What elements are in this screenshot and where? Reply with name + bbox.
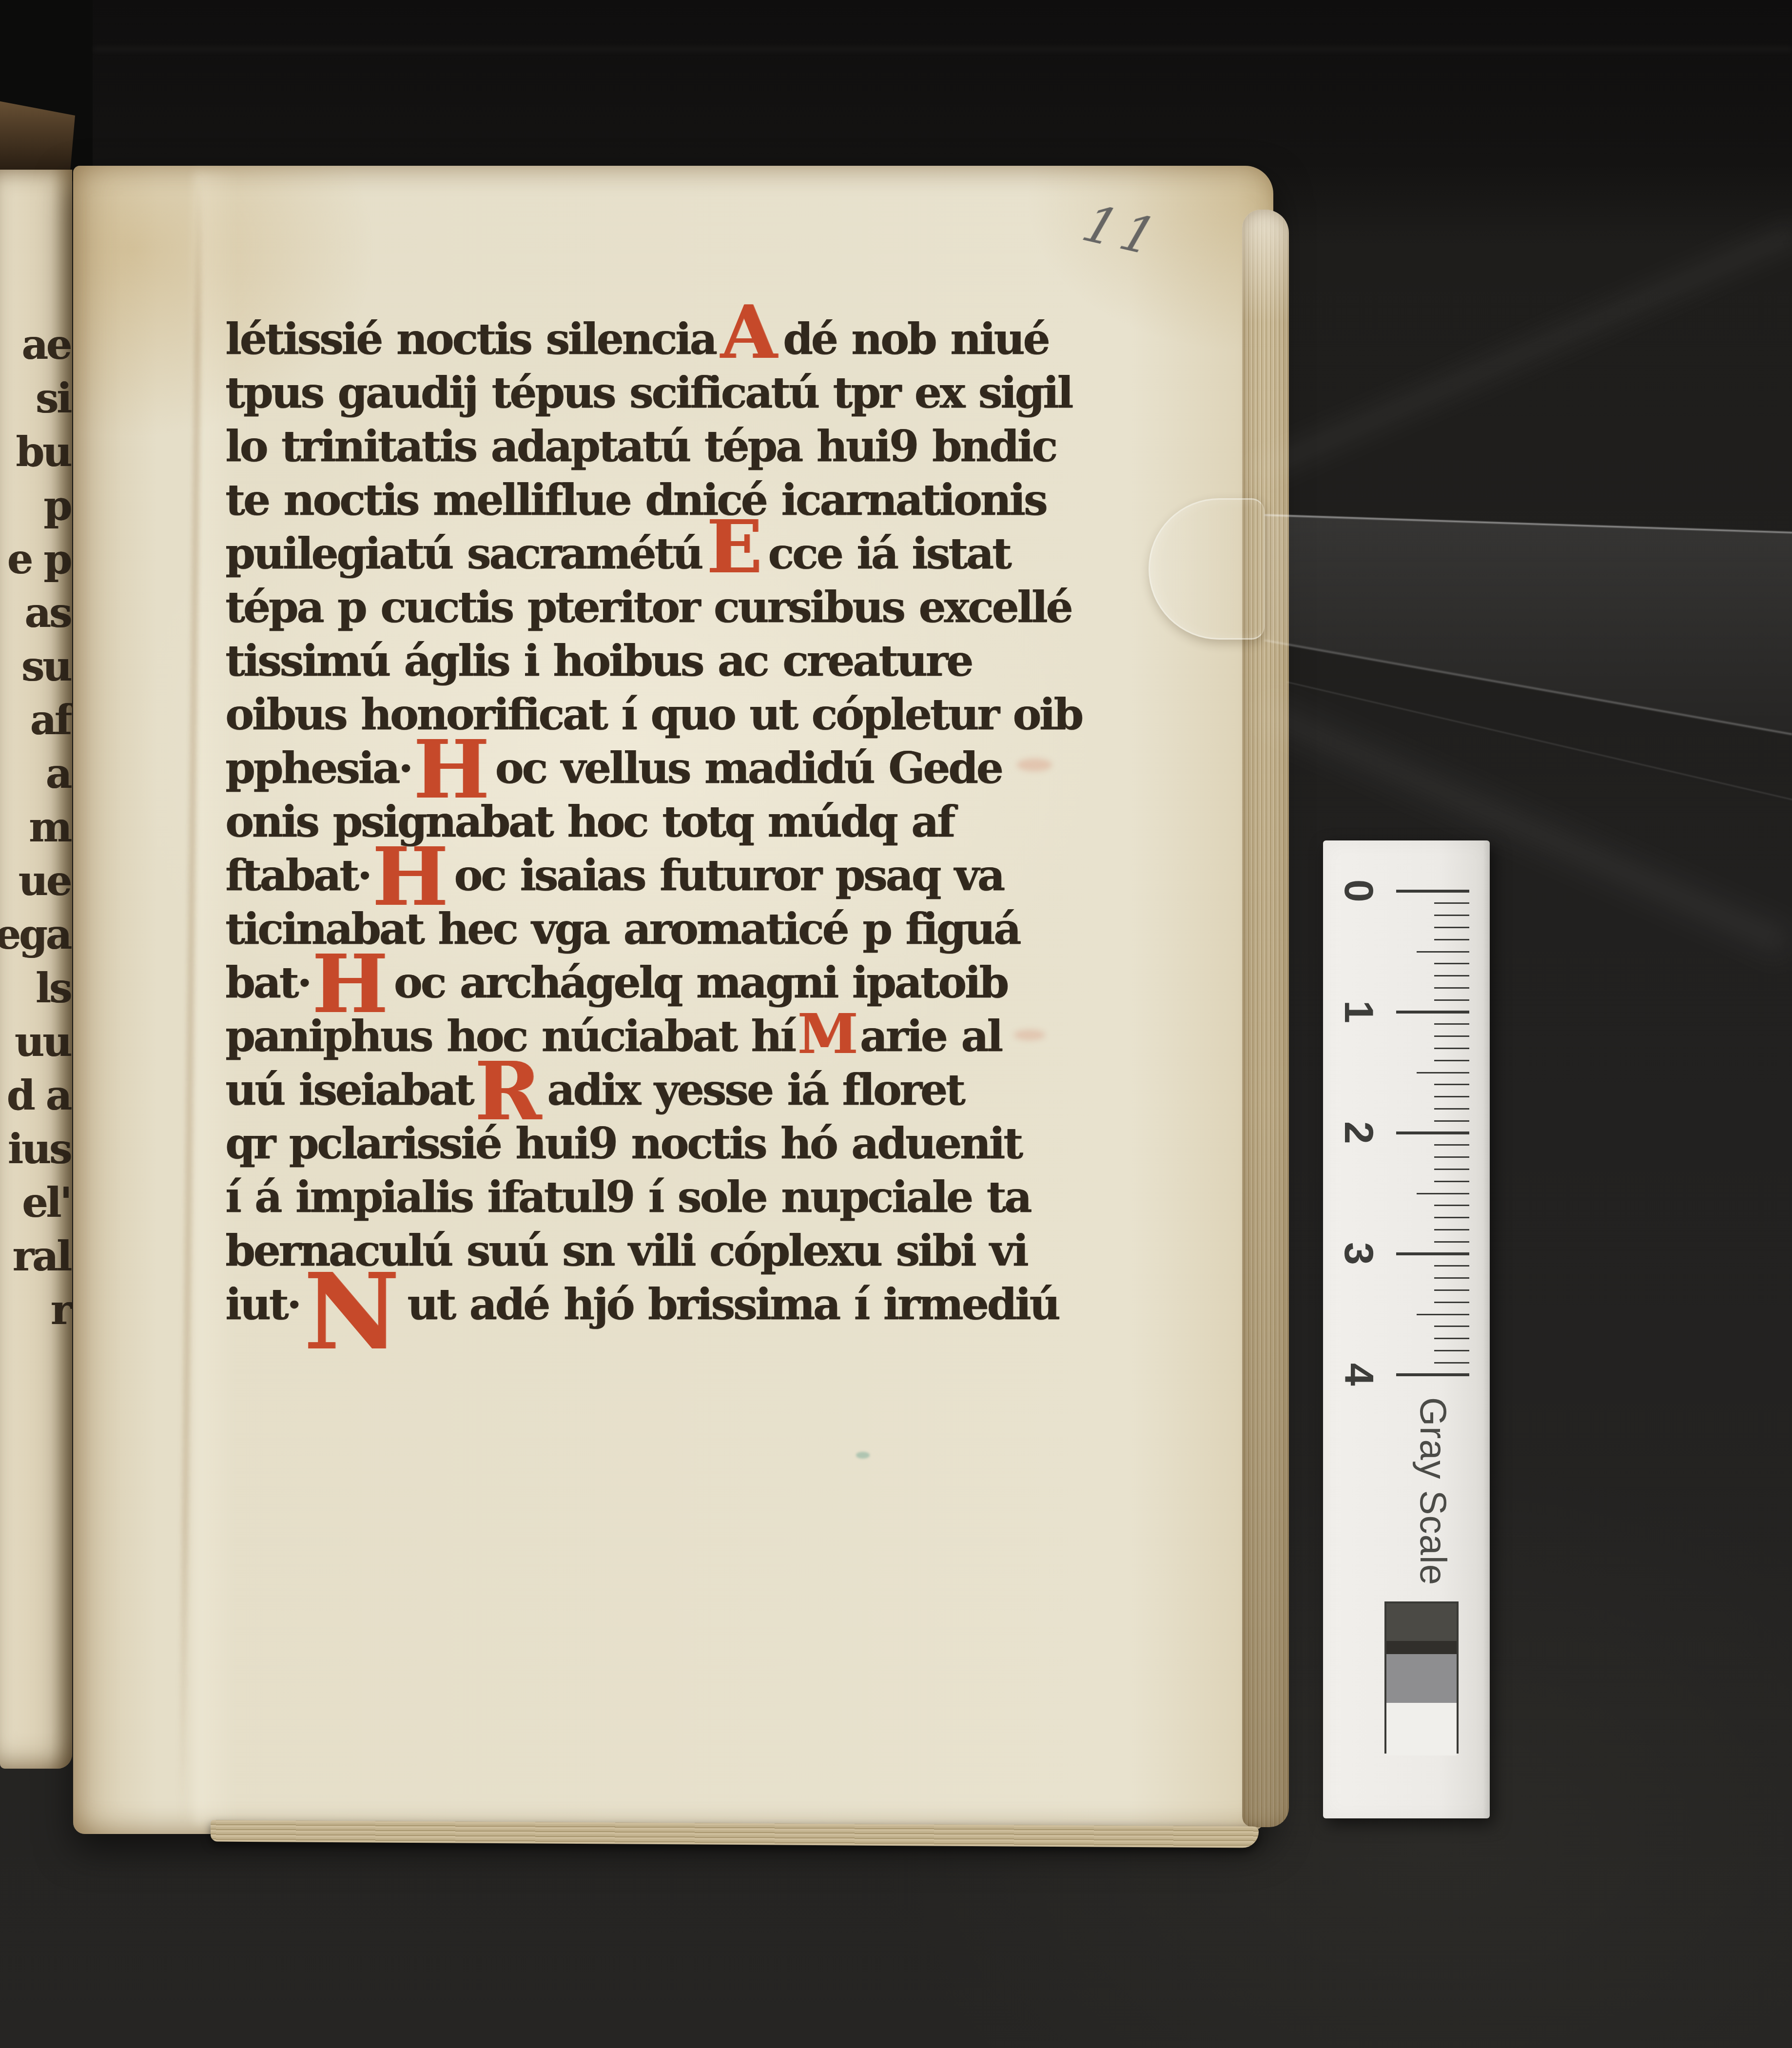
ruler-tick-mm [1434, 1144, 1469, 1146]
facing-fragment: ega [0, 908, 70, 961]
ruler-number-1: 1 [1336, 1000, 1383, 1023]
gray-scale-patches [1384, 1601, 1459, 1754]
line-text: oc isaias futuror psaq va [454, 850, 1003, 900]
manuscript-line-3: lo trinitatis adaptatú tépa hui9 bndic [225, 419, 1056, 473]
ruler-tick-mm [1434, 1229, 1469, 1230]
line-text: oc vellus madidú Gede [495, 742, 1002, 793]
ruler-tick-cm-4 [1396, 1373, 1469, 1376]
facing-fragment: el' [22, 1176, 70, 1229]
ruler-tick-mm [1434, 1108, 1469, 1110]
ruler-number-2: 2 [1336, 1121, 1383, 1144]
ruler-tick-mm [1434, 1023, 1469, 1025]
ruler-tick-mm [1434, 1156, 1469, 1158]
ruler-number-3: 3 [1336, 1242, 1383, 1265]
line-text: adix yesse iá floret [547, 1064, 963, 1115]
ruler-tick-mm [1434, 1060, 1469, 1061]
line-text: tpus gaudij tépus scificatú tpr ex sigil [225, 367, 1071, 418]
ruler-tick-cm-1 [1396, 1011, 1469, 1014]
ruler-tick-mm [1434, 1035, 1469, 1037]
ruler-tick-mm [1434, 975, 1469, 976]
gray-scale-label: Gray Scale [1412, 1397, 1454, 1585]
facing-page-fragments: aesibupe passuafamueegalsuud aiusel'ralr [0, 170, 72, 1769]
facing-fragment: ls [36, 961, 70, 1015]
manuscript-line-7: tissimú áglis i hoibus ac creature [225, 634, 972, 687]
manuscript-line-8: oibus honorificat í quo ut cópletur oib [225, 687, 1082, 741]
plastic-strap-band [1265, 514, 1792, 734]
ruler-tick-mm [1434, 1169, 1469, 1170]
line-text: pphesia· [225, 742, 411, 793]
gray-patch-darker [1386, 1641, 1457, 1654]
manuscript-line-16: qr pclarissié hui9 noctis hó aduenit [225, 1116, 1021, 1170]
facing-fragment: ue [18, 854, 70, 908]
line-text: tissimú áglis i hoibus ac creature [225, 635, 972, 686]
text-block: létissié noctis silenciaAdé nob niuétpus… [225, 312, 1010, 1414]
ruler-tick-mm [1434, 987, 1469, 989]
ruler-tick-mm [1434, 999, 1469, 1001]
ruler-tick-mm [1434, 1084, 1469, 1085]
manuscript-line-5: puilegiatú sacramétúEcce iá istat [225, 527, 1010, 580]
line-text: te noctis melliflue dnicé icarnationis [225, 474, 1046, 525]
red-offset-smudge [1014, 1030, 1045, 1040]
facing-fragment: r [51, 1283, 70, 1337]
manuscript-photo: aesibupe passuafamueegalsuud aiusel'ralr… [0, 0, 1792, 2048]
manuscript-line-17: í á impialis ifatul9 í sole nupciale ta [225, 1170, 1030, 1224]
manuscript-line-1: létissié noctis silenciaAdé nob niué [225, 312, 1048, 366]
ruler-tick-mm [1434, 927, 1469, 928]
gray-patch-dark [1386, 1603, 1457, 1641]
ruler-tick-mm [1434, 1096, 1469, 1097]
ruler-tick-mm [1434, 1265, 1469, 1267]
ruler-tick-mm [1434, 1181, 1469, 1182]
ruler-tick-mm [1434, 1362, 1469, 1364]
facing-fragment: uu [15, 1015, 70, 1069]
facing-fragment: su [21, 640, 70, 693]
ruler-tick-mm [1434, 1302, 1469, 1303]
ruler-tick-mm [1417, 1314, 1469, 1315]
ruler-tick-mm [1417, 951, 1469, 953]
manuscript-line-14: paniphus hoc núciabat híMarie al [225, 1009, 1001, 1063]
line-text: qr pclarissié hui9 noctis hó aduenit [225, 1118, 1021, 1169]
ruler-tick-mm [1434, 915, 1469, 916]
ruler-tick-mm [1417, 1072, 1469, 1073]
facing-fragment: bu [16, 425, 70, 479]
facing-fragment: a [46, 747, 70, 800]
line-text: oibus honorificat í quo ut cópletur oib [225, 689, 1082, 740]
ruler: Gray Scale 01234 [1323, 840, 1490, 1818]
facing-fragment: ral [12, 1229, 70, 1283]
facing-fragment: d a [7, 1069, 70, 1122]
facing-fragment: si [36, 371, 70, 425]
ruler-tick-mm [1434, 939, 1469, 940]
ruler-tick-mm [1434, 963, 1469, 964]
facing-fragment: m [29, 800, 70, 854]
paint-speck [856, 1452, 870, 1459]
line-text: puilegiatú sacramétú [225, 528, 701, 579]
ruler-tick-mm [1434, 1241, 1469, 1243]
manuscript-line-6: tépa p cuctis pteritor cursibus excellé [225, 580, 1071, 634]
ruler-tick-mm [1434, 902, 1469, 904]
line-text: tépa p cuctis pteritor cursibus excellé [225, 582, 1071, 632]
ruler-tick-mm [1434, 1048, 1469, 1049]
facing-fragment: ius [8, 1122, 70, 1176]
manuscript-line-4: te noctis melliflue dnicé icarnationis [225, 473, 1046, 527]
line-text: bat· [225, 957, 310, 1008]
facing-fragment: p [43, 479, 70, 532]
manuscript-line-10: onis psignabat hoc totq múdq af [225, 795, 954, 848]
ruler-tick-mm [1434, 1350, 1469, 1351]
ruler-tick-mm [1434, 1217, 1469, 1218]
line-text: ut adé hjó brissima í irmediú [407, 1279, 1058, 1329]
red-offset-smudge [1017, 759, 1052, 771]
manuscript-line-13: bat·Hoc archágelq magni ipatoib [225, 956, 1007, 1009]
facing-fragment: af [30, 693, 70, 747]
line-text: uú iseiabat [225, 1064, 472, 1115]
gray-patch-white [1386, 1703, 1457, 1755]
manuscript-line-2: tpus gaudij tépus scificatú tpr ex sigil [225, 366, 1071, 419]
ruler-tick-mm [1434, 1277, 1469, 1279]
line-text: onis psignabat hoc totq múdq af [225, 796, 954, 847]
line-text: iut· [225, 1279, 300, 1329]
ruler-tick-mm [1434, 1326, 1469, 1327]
ruler-number-4: 4 [1336, 1363, 1383, 1386]
line-text: í á impialis ifatul9 í sole nupciale ta [225, 1171, 1030, 1222]
manuscript-line-11: ftabat·Hoc isaias futuror psaq va [225, 848, 1003, 902]
manuscript-line-15: uú iseiabatRadix yesse iá floret [225, 1063, 963, 1116]
ruler-tick-mm [1434, 1120, 1469, 1122]
ruler-tick-mm [1417, 1193, 1469, 1194]
line-text: oc archágelq magni ipatoib [394, 957, 1007, 1008]
ruler-tick-mm [1434, 1205, 1469, 1206]
facing-fragment: e p [7, 532, 70, 586]
ruler-tick-mm [1434, 1338, 1469, 1339]
line-text: arie al [860, 1011, 1001, 1061]
ruler-tick-cm-2 [1396, 1131, 1469, 1134]
facing-fragment: as [24, 586, 70, 640]
manuscript-line-9: pphesia·Hoc vellus madidú Gede [225, 741, 1002, 795]
gray-patch-mid [1386, 1654, 1457, 1703]
ruler-tick-cm-0 [1396, 890, 1469, 893]
line-text: lo trinitatis adaptatú tépa hui9 bndic [225, 421, 1056, 471]
line-text: ftabat· [225, 850, 370, 900]
line-text: létissié noctis silencia [225, 313, 716, 364]
cloth-sheen-ray [1248, 222, 1792, 484]
facing-fragment: ae [21, 318, 70, 371]
line-text: dé nob niué [783, 313, 1048, 364]
backdrop-sheen [93, 47, 1792, 52]
ruler-tick-mm [1434, 1289, 1469, 1291]
line-text: cce iá istat [768, 528, 1010, 579]
manuscript-line-19: iut·Nut adé hjó brissima í irmediú [225, 1277, 1058, 1331]
ruler-tick-cm-3 [1396, 1252, 1469, 1255]
ruler-number-0: 0 [1336, 879, 1383, 902]
